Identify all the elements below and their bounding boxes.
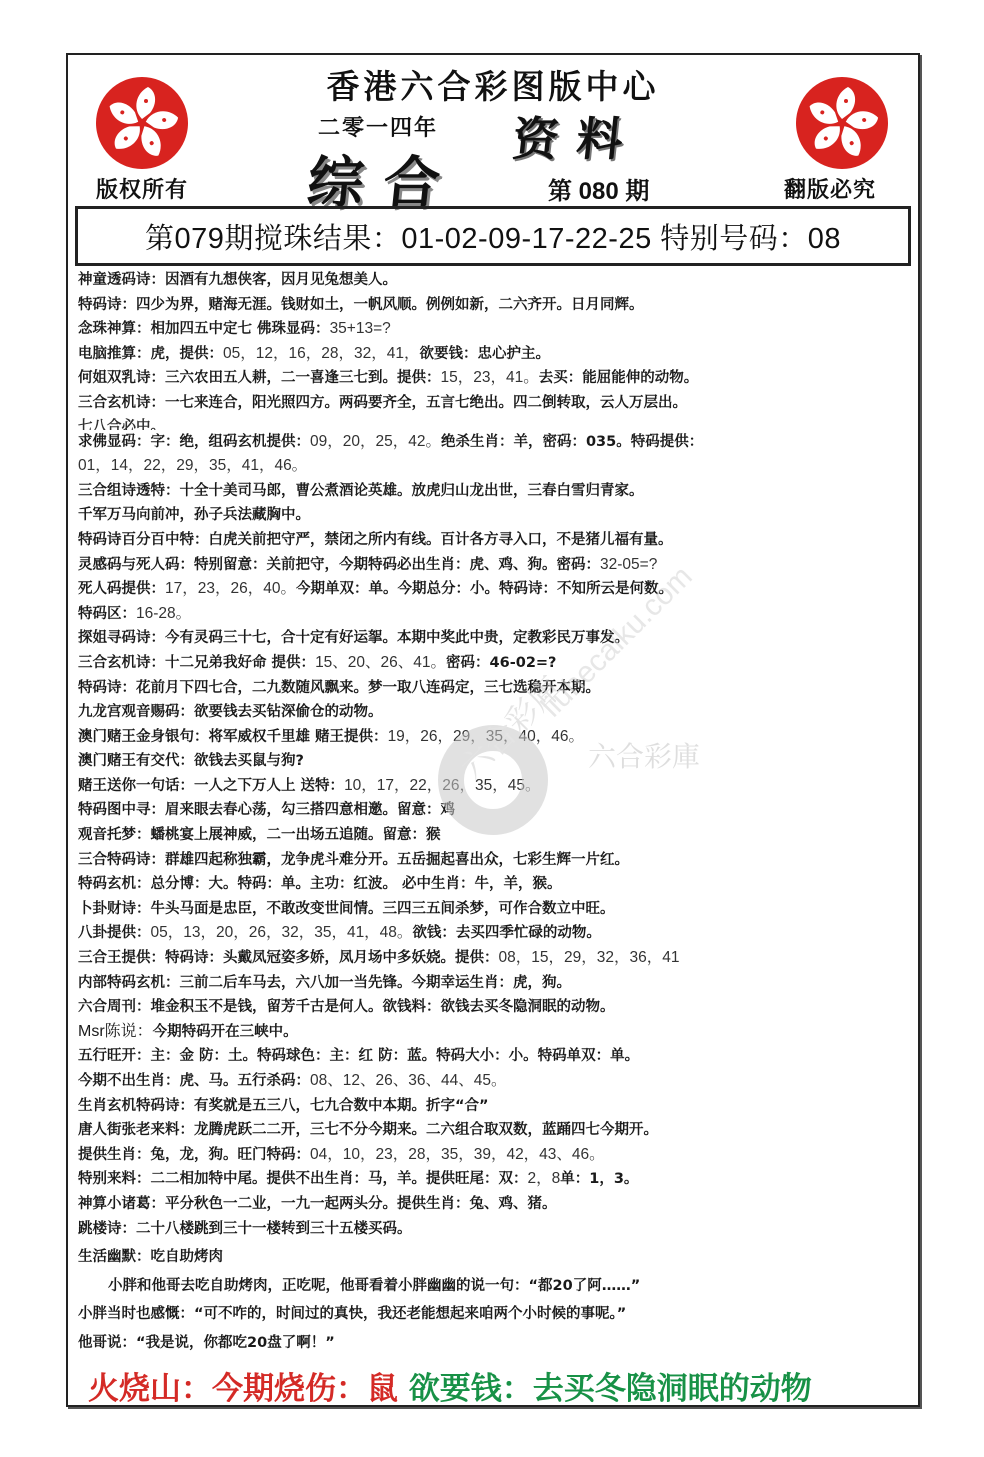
line-text: 二十八楼跳到三十一楼转到三十五楼买码。 bbox=[136, 1221, 412, 1237]
text-line: 卜卦财诗：牛头马面是忠臣，不敢改变世间情。三四三五间杀梦，可作合数立中旺。 bbox=[78, 897, 908, 922]
line-text: 十二兄弟我好命 提供： bbox=[165, 655, 315, 671]
line-label: 八卦提供： bbox=[78, 925, 151, 941]
text-line: 生活幽默：吃自助烤肉 bbox=[78, 1245, 908, 1270]
year-label: 二零一四年 bbox=[318, 111, 438, 142]
text-line: 特码区：16-28。 bbox=[78, 602, 908, 627]
text-line: 死人码提供：17，23，26，40。今期单双：单。今期总分：小。特码诗：不知所云… bbox=[78, 577, 908, 602]
line-label: 六合周刊： bbox=[78, 999, 151, 1015]
text-line: 念珠神算：相加四五中定七 佛珠显码：35+13=? bbox=[78, 317, 908, 342]
line-numbers: 10，17，22，26，35，45。 bbox=[344, 777, 540, 794]
line-label: 特码诗百分百中特： bbox=[78, 532, 209, 548]
line-numbers: 04，10，23，28，35，39，42，43、46。 bbox=[310, 1146, 605, 1163]
line-text: 一七来连合，阳光照四方。两码要齐全，五言七绝出。四二倒转取，云人万层出。 bbox=[165, 395, 687, 411]
text-line: 跳楼诗：二十八楼跳到三十一楼转到三十五楼买码。 bbox=[78, 1217, 908, 1242]
text-line: 01，14，22，29，35，41，46。 bbox=[78, 454, 908, 479]
line-label: 特码诗： bbox=[78, 680, 136, 696]
text-line: 内部特码玄机：三前二后车马去，六八加一当先锋。今期幸运生肖：虎，狗。 bbox=[78, 971, 908, 996]
bauhinia-logo-right bbox=[796, 77, 888, 169]
line-tail: 绝杀生肖：羊，密码：035。特码提供： bbox=[441, 434, 703, 450]
line-numbers: 08，15，29，32，36，41 bbox=[499, 949, 680, 966]
text-line: 三合特码诗：群雄四起称独霸，龙争虎斗难分开。五岳掘起喜出众，七彩生辉一片红。 bbox=[78, 848, 908, 873]
line-numbers: 08、12、26、36、44、45。 bbox=[310, 1072, 506, 1089]
line-label: 神童透码诗： bbox=[78, 272, 165, 288]
line-numbers: 01，14，22，29，35，41，46。 bbox=[78, 457, 307, 474]
text-line: 神童透码诗：因酒有九想侠客，因月见兔想美人。 bbox=[78, 268, 908, 293]
line-text: 十全十美司马郎，曹公煮酒论英雄。放虎归山龙出世，三春白雪归青家。 bbox=[180, 483, 644, 499]
line-label: 内部特码玄机： bbox=[78, 975, 180, 991]
bauhinia-logo-left bbox=[96, 77, 188, 169]
line-tail: 欲要钱：忠心护主。 bbox=[419, 346, 550, 362]
line-text: 今期特码开在三峡中。 bbox=[153, 1024, 298, 1040]
line-numbers: 09，20，25，42。 bbox=[310, 433, 441, 450]
text-line: 特码诗：花前月下四七合，二九数随风飘来。梦一取八连码定，三七选稳开本期。 bbox=[78, 676, 908, 701]
line-numbers: 05，12，16，28，32，41， bbox=[223, 345, 419, 362]
text-line: 电脑推算：虎，提供：05，12，16，28，32，41，欲要钱：忠心护主。 bbox=[78, 342, 908, 367]
line-text: 二二相加特中尾。提供不出生肖：马，羊。提供旺尾：双： bbox=[151, 1171, 528, 1187]
text-line: 三合王提供：特码诗：头戴凤冠姿多娇，凤月场中多妖娆。提供：08，15，29，32… bbox=[78, 946, 908, 971]
line-label: 卜卦财诗： bbox=[78, 901, 151, 917]
line-label: 澳门赌王有交代： bbox=[78, 753, 194, 769]
line-text: 字：绝，组码玄机提供： bbox=[151, 434, 311, 450]
text-line: 赌王送你一句话：一人之下万人上 送特：10，17，22，26，35，45。 bbox=[78, 774, 908, 799]
text-line: 特码图中寻：眉来眼去春心荡，勾三搭四意相邀。留意：鸡 bbox=[78, 798, 908, 823]
line-label: 生肖玄机特码诗： bbox=[78, 1098, 194, 1114]
line-label: 赌王送你一句话： bbox=[78, 778, 194, 794]
line-text: 白虎关前把守严，禁闭之所内有线。百计各方寻入口，不是猪儿福有量。 bbox=[209, 532, 673, 548]
line-numbers: 2，8 bbox=[528, 1170, 561, 1187]
line-text: 虎、马。五行杀码： bbox=[180, 1073, 311, 1089]
line-label: 生活幽默： bbox=[78, 1249, 151, 1265]
line-numbers: 35+13=? bbox=[330, 320, 391, 337]
line-label: 三合玄机诗： bbox=[78, 655, 165, 671]
text-line: 三合玄机诗：一七来连合，阳光照四方。两码要齐全，五言七绝出。四二倒转取，云人万层… bbox=[78, 391, 908, 416]
line-text: 千军万马向前冲，孙子兵法藏胸中。 bbox=[78, 507, 310, 523]
line-tail: 欲钱：去买四季忙碌的动物。 bbox=[412, 925, 601, 941]
line-text: 四少为界，赌海无涯。钱财如土，一帆风顺。例例如新，二六齐开。日月同辉。 bbox=[136, 297, 644, 313]
line-label: 求佛显码： bbox=[78, 434, 151, 450]
text-line: 特码诗百分百中特：白虎关前把守严，禁闭之所内有线。百计各方寻入口，不是猪儿福有量… bbox=[78, 528, 908, 553]
line-tail: 去买：能屈能伸的动物。 bbox=[539, 370, 699, 386]
document-sheet: 香港六合彩图版中心 二零一四年 资料 综合 第 080 期 版权所有 翻版必究 … bbox=[66, 53, 920, 1407]
line-label: 特码玄机： bbox=[78, 876, 151, 892]
line-text: 群雄四起称独霸，龙争虎斗难分开。五岳掘起喜出众，七彩生辉一片红。 bbox=[165, 852, 629, 868]
content-lines: 神童透码诗：因酒有九想侠客，因月见兔想美人。特码诗：四少为界，赌海无涯。钱财如土… bbox=[78, 268, 908, 1356]
line-text: 特码诗：头戴凤冠姿多娇，凤月场中多妖娆。提供： bbox=[165, 950, 499, 966]
line-text: 堆金积玉不是钱，留芳千古是何人。欲钱料：欲钱去买冬隐洞眠的动物。 bbox=[151, 999, 615, 1015]
line-text: 眉来眼去春心荡，勾三搭四意相邀。留意：鸡 bbox=[165, 802, 455, 818]
text-line: 神算小诸葛：平分秋色一二业，一九一起两头分。提供生肖：兔、鸡、猪。 bbox=[78, 1192, 908, 1217]
line-label: 特码诗： bbox=[78, 297, 136, 313]
line-text: 欲钱去买鼠与狗? bbox=[194, 753, 304, 769]
line-text: 平分秋色一二业，一九一起两头分。提供生肖：兔、鸡、猪。 bbox=[165, 1196, 557, 1212]
text-line: Msr陈说：今期特码开在三峡中。 bbox=[78, 1020, 908, 1045]
footer-green-text: 欲要钱：去买冬隐洞眠的动物 bbox=[409, 1371, 812, 1407]
text-line: 小胖当时也感慨：“可不咋的，时间过的真快，我还老能想起来咱两个小时候的事呢。” bbox=[78, 1302, 908, 1327]
text-line: 何姐双乳诗：三六农田五人耕，二一喜逢三七到。提供：15，23，41。去买：能屈能… bbox=[78, 366, 908, 391]
text-line: 特别来料：二二相加特中尾。提供不出生肖：马，羊。提供旺尾：双：2，8单：1，3。 bbox=[78, 1167, 908, 1192]
text-line: 今期不出生肖：虎、马。五行杀码：08、12、26、36、44、45。 bbox=[78, 1069, 908, 1094]
line-text: 特别留意：关前把守，今期特码必出生肖：虎、鸡、狗。密码： bbox=[194, 557, 600, 573]
line-numbers: 32-05=? bbox=[600, 556, 657, 573]
text-line: 七八合必中。 bbox=[78, 416, 908, 430]
line-text: 今有灵码三十七，合十定有好运挐。本期中奖此中贵，定教彩民万事发。 bbox=[165, 630, 629, 646]
line-text: 将军威权千里雄 赌王提供： bbox=[209, 729, 388, 745]
line-label: 今期不出生肖： bbox=[78, 1073, 180, 1089]
line-numbers: 15、20、26、41。 bbox=[315, 654, 446, 671]
line-text: 虎，提供： bbox=[151, 346, 224, 362]
text-line: 灵感码与死人码：特别留意：关前把守，今期特码必出生肖：虎、鸡、狗。密码：32-0… bbox=[78, 553, 908, 578]
line-text: 龙腾虎跃二二开，三七不分今期来。二六组合取双数，蓝踊四七今期开。 bbox=[194, 1122, 658, 1138]
text-line: 五行旺开：主：金 防：土。特码球色：主：红 防：蓝。特码大小：小。特码单双：单。 bbox=[78, 1044, 908, 1069]
text-line: 唐人街张老来料：龙腾虎跃二二开，三七不分今期来。二六组合取双数，蓝踊四七今期开。 bbox=[78, 1118, 908, 1143]
line-text: 牛头马面是忠臣，不敢改变世间情。三四三五间杀梦，可作合数立中旺。 bbox=[151, 901, 615, 917]
line-tail: 密码：46-02=? bbox=[446, 655, 556, 671]
line-label: 何姐双乳诗： bbox=[78, 370, 165, 386]
page-title: 香港六合彩图版中心 bbox=[258, 61, 728, 108]
line-text: 总分博：大。特码：单。主功：红波。 必中生肖：牛，羊，猴。 bbox=[151, 876, 562, 892]
issue-number: 第 080 期 bbox=[548, 171, 649, 206]
line-text: 吃自助烤肉 bbox=[151, 1249, 224, 1265]
line-label: 电脑推算： bbox=[78, 346, 151, 362]
line-label: 特码图中寻： bbox=[78, 802, 165, 818]
line-text: 花前月下四七合，二九数随风飘来。梦一取八连码定，三七选稳开本期。 bbox=[136, 680, 600, 696]
text-line: 九龙宫观音赐码：欲要钱去买钻深偷仓的动物。 bbox=[78, 700, 908, 725]
line-label: 特别来料： bbox=[78, 1171, 151, 1187]
text-line: 生肖玄机特码诗：有奖就是五三八，七九合数中本期。折字“合” bbox=[78, 1094, 908, 1119]
line-text: 小胖和他哥去吃自助烤肉，正吃呢，他哥看着小胖幽幽的说一句：“都20了阿……” bbox=[108, 1278, 640, 1294]
line-text: 欲要钱去买钻深偷仓的动物。 bbox=[194, 704, 383, 720]
bauhinia-flower-icon bbox=[796, 77, 888, 169]
line-label: 澳门赌王金身银句： bbox=[78, 729, 209, 745]
line-label: 三合特码诗： bbox=[78, 852, 165, 868]
line-label: 三合组诗透特： bbox=[78, 483, 180, 499]
line-text: 因酒有九想侠客，因月见兔想美人。 bbox=[165, 272, 397, 288]
line-numbers: 15，23，41。 bbox=[441, 369, 539, 386]
footer-red-text: 火烧山：今期烧伤：鼠 bbox=[88, 1371, 398, 1407]
text-line: 澳门赌王有交代：欲钱去买鼠与狗? bbox=[78, 749, 908, 774]
text-line: 求佛显码：字：绝，组码玄机提供：09，20，25，42。绝杀生肖：羊，密码：03… bbox=[78, 430, 908, 455]
line-label: 五行旺开： bbox=[78, 1048, 151, 1064]
copyright-label: 版权所有 bbox=[96, 173, 188, 204]
bauhinia-flower-icon bbox=[96, 77, 188, 169]
line-label: 提供生肖： bbox=[78, 1147, 151, 1163]
line-label: 特码区： bbox=[78, 606, 136, 622]
line-label: 九龙宫观音赐码： bbox=[78, 704, 194, 720]
line-text: 有奖就是五三八，七九合数中本期。折字“合” bbox=[194, 1098, 489, 1114]
draw-result-box: 第079期搅珠结果：01-02-09-17-22-25 特别号码：08 bbox=[75, 206, 911, 266]
line-text: 主：金 防：土。特码球色：主：红 防：蓝。特码大小：小。特码单双：单。 bbox=[151, 1048, 640, 1064]
text-line: 六合周刊：堆金积玉不是钱，留芳千古是何人。欲钱料：欲钱去买冬隐洞眠的动物。 bbox=[78, 995, 908, 1020]
line-label: 探姐寻码诗： bbox=[78, 630, 165, 646]
line-text: 他哥说：“我是说，你都吃20盘了啊！” bbox=[78, 1335, 335, 1351]
line-label: 跳楼诗： bbox=[78, 1221, 136, 1237]
line-numbers: 16-28。 bbox=[136, 605, 191, 622]
text-line: 澳门赌王金身银句：将军威权千里雄 赌王提供：19，26，29，35，40，46。 bbox=[78, 725, 908, 750]
line-text: 一人之下万人上 送特： bbox=[194, 778, 344, 794]
text-line: 他哥说：“我是说，你都吃20盘了啊！” bbox=[78, 1331, 908, 1356]
line-numbers: 17，23，26，40。 bbox=[165, 580, 296, 597]
text-line: 三合玄机诗：十二兄弟我好命 提供：15、20、26、41。密码：46-02=? bbox=[78, 651, 908, 676]
text-line: 提供生肖：兔，龙，狗。旺门特码：04，10，23，28，35，39，42，43、… bbox=[78, 1143, 908, 1168]
line-label: Msr陈说： bbox=[78, 1023, 153, 1040]
text-line: 特码玄机：总分博：大。特码：单。主功：红波。 必中生肖：牛，羊，猴。 bbox=[78, 872, 908, 897]
text-line: 千军万马向前冲，孙子兵法藏胸中。 bbox=[78, 503, 908, 528]
no-piracy-label: 翻版必究 bbox=[784, 173, 876, 204]
line-label: 死人码提供： bbox=[78, 581, 165, 597]
text-line: 八卦提供：05，13，20，26，32，35，41，48。欲钱：去买四季忙碌的动… bbox=[78, 921, 908, 946]
text-line: 特码诗：四少为界，赌海无涯。钱财如土，一帆风顺。例例如新，二六齐开。日月同辉。 bbox=[78, 293, 908, 318]
line-label: 神算小诸葛： bbox=[78, 1196, 165, 1212]
text-line: 三合组诗透特：十全十美司马郎，曹公煮酒论英雄。放虎归山龙出世，三春白雪归青家。 bbox=[78, 479, 908, 504]
ziliao-heading: 资料 bbox=[510, 103, 645, 169]
text-line: 探姐寻码诗：今有灵码三十七，合十定有好运挐。本期中奖此中贵，定教彩民万事发。 bbox=[78, 626, 908, 651]
line-label: 观音托梦： bbox=[78, 827, 151, 843]
line-text: 兔，龙，狗。旺门特码： bbox=[151, 1147, 311, 1163]
line-tail: 今期单双：单。今期总分：小。特码诗：不知所云是何数。 bbox=[296, 581, 673, 597]
text-line: 观音托梦：蟠桃宴上展神威，二一出场五追随。留意：猴 bbox=[78, 823, 908, 848]
text-line: 小胖和他哥去吃自助烤肉，正吃呢，他哥看着小胖幽幽的说一句：“都20了阿……” bbox=[78, 1274, 908, 1299]
line-text: 蟠桃宴上展神威，二一出场五追随。留意：猴 bbox=[151, 827, 441, 843]
line-text: 小胖当时也感慨：“可不咋的，时间过的真快，我还老能想起来咱两个小时候的事呢。” bbox=[78, 1306, 626, 1322]
footer-banner: 火烧山：今期烧伤：鼠 欲要钱：去买冬隐洞眠的动物 bbox=[88, 1363, 898, 1408]
line-numbers: 19，26，29，35，40，46。 bbox=[388, 728, 584, 745]
line-text: 三六农田五人耕，二一喜逢三七到。提供： bbox=[165, 370, 441, 386]
line-label: 灵感码与死人码： bbox=[78, 557, 194, 573]
line-label: 念珠神算： bbox=[78, 321, 151, 337]
line-text: 七八合必中。 bbox=[78, 419, 165, 430]
line-text: 相加四五中定七 佛珠显码： bbox=[151, 321, 330, 337]
line-label: 唐人街张老来料： bbox=[78, 1122, 194, 1138]
line-label: 三合王提供： bbox=[78, 950, 165, 966]
line-tail: 单：1，3。 bbox=[560, 1171, 638, 1187]
line-text: 三前二后车马去，六八加一当先锋。今期幸运生肖：虎，狗。 bbox=[180, 975, 572, 991]
line-numbers: 05，13，20，26，32，35，41，48。 bbox=[151, 924, 413, 941]
line-label: 三合玄机诗： bbox=[78, 395, 165, 411]
